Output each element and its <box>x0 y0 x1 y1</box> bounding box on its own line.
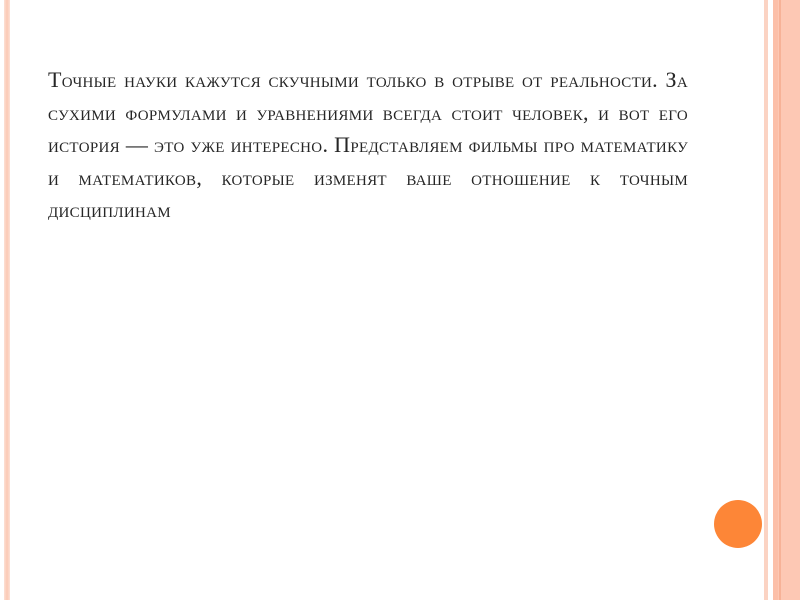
slide-body-text: Точные науки кажутся скучными только в о… <box>48 64 688 227</box>
right-band-line <box>779 0 781 600</box>
right-band-inner <box>773 0 778 600</box>
left-decorative-stripe <box>4 0 10 600</box>
orange-circle-icon <box>714 500 762 548</box>
right-thin-stripe <box>764 0 768 600</box>
